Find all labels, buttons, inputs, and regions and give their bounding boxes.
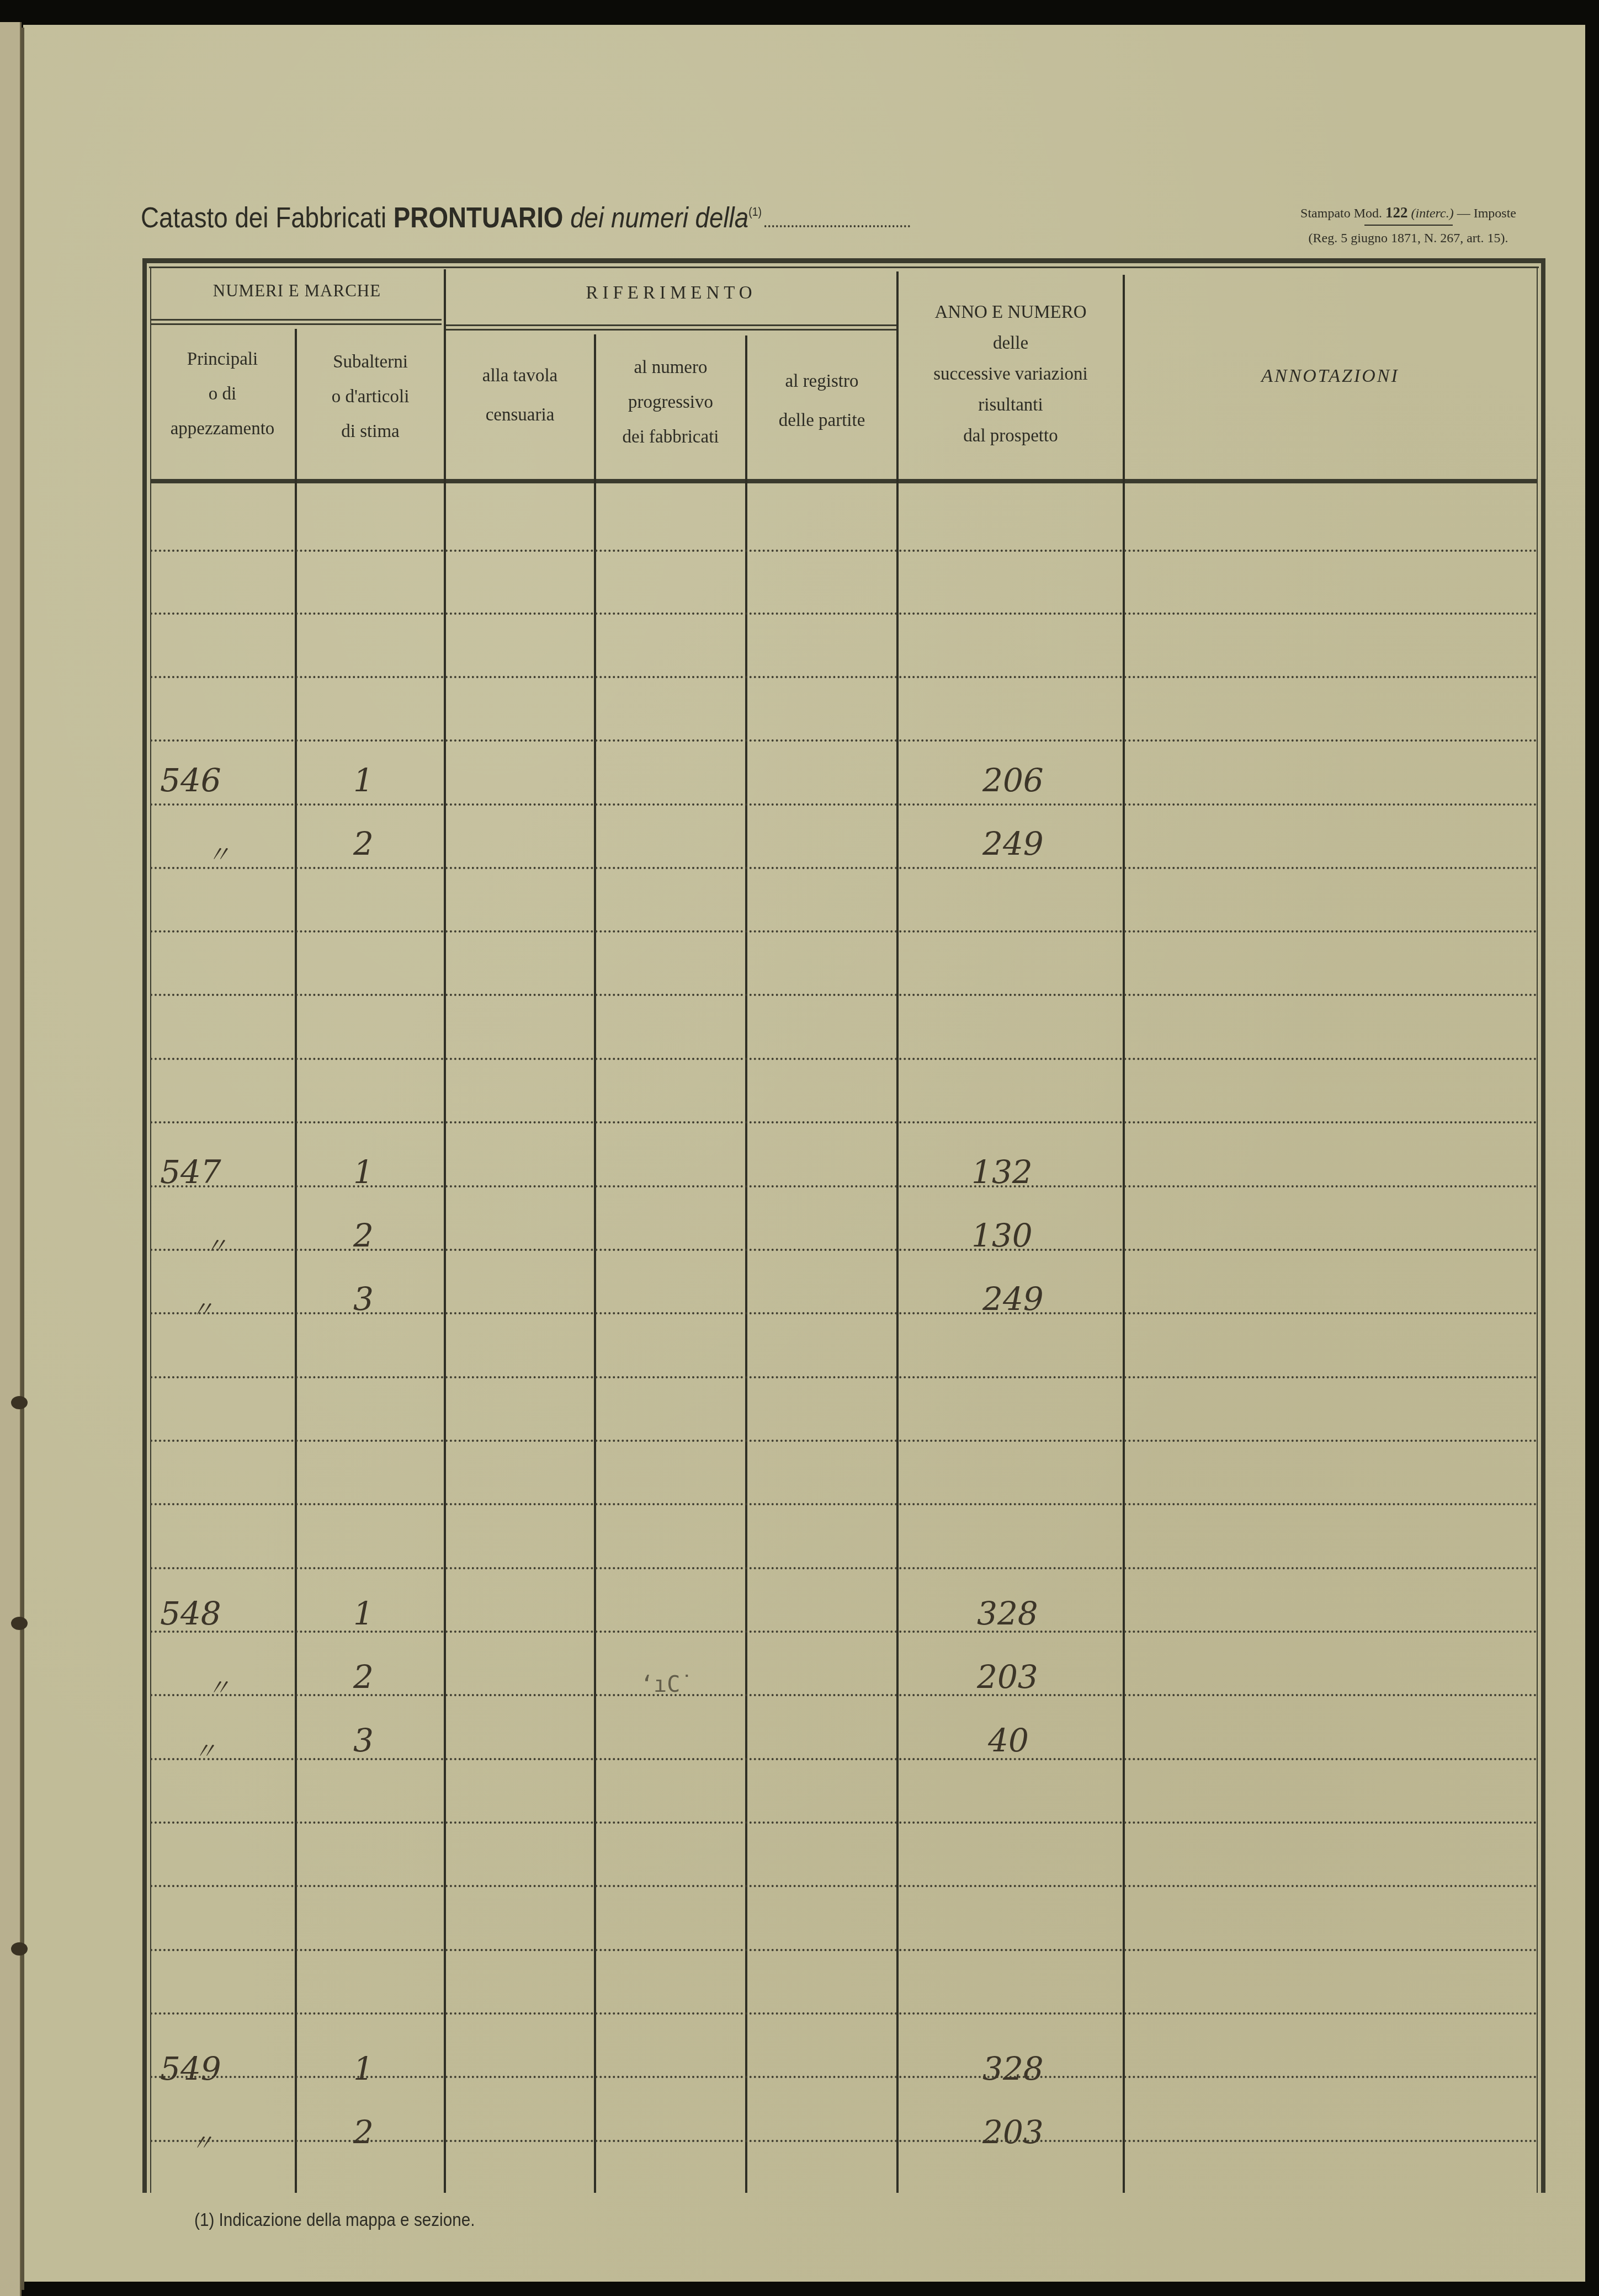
form-variant: (interc.) bbox=[1411, 206, 1454, 221]
header-bottom-rule bbox=[150, 479, 1538, 483]
header-tavola-censuaria: alla tavola censuaria bbox=[446, 363, 594, 428]
column-divider bbox=[896, 271, 899, 2193]
entry-principale: 548 bbox=[160, 1597, 221, 1629]
row-rule bbox=[150, 550, 1538, 552]
header-numeri-e-marche: NUMERI E MARCHE bbox=[150, 278, 444, 303]
row-rule bbox=[150, 930, 1538, 933]
entry-principale-ditto: 〃 bbox=[190, 1294, 214, 1326]
table-border-top bbox=[142, 258, 1545, 263]
header-line: di stima bbox=[297, 419, 444, 445]
title-prefix: Catasto dei Fabbricati bbox=[141, 202, 386, 234]
binding-hole bbox=[11, 1942, 28, 1956]
form-department: — Imposte bbox=[1457, 206, 1516, 221]
entry-subalterno: 3 bbox=[353, 1283, 374, 1315]
entry-subalterno: 3 bbox=[353, 1724, 374, 1756]
row-rule bbox=[150, 1821, 1538, 1824]
fill-in-blank bbox=[764, 225, 910, 227]
header-rule bbox=[446, 324, 897, 326]
header-line: progressivo bbox=[596, 390, 745, 415]
header-numero-progressivo: al numero progressivo dei fabbricati bbox=[596, 355, 745, 450]
entry-principale-ditto: 〃 bbox=[207, 1672, 230, 1704]
entry-variazione: 132 bbox=[971, 1156, 1033, 1188]
header-registro-partite: al registro delle partite bbox=[747, 369, 896, 434]
header-line: dei fabbricati bbox=[596, 424, 745, 450]
column-divider bbox=[295, 329, 297, 2193]
header-anno-e-numero: ANNO E NUMERO delle successive variazion… bbox=[899, 300, 1123, 449]
header-subalterni: Subalterni o d'articoli di stima bbox=[297, 349, 444, 445]
header-principali: Principali o di appezzamento bbox=[150, 347, 295, 442]
entry-subalterno: 1 bbox=[353, 1597, 374, 1629]
entry-subalterno: 2 bbox=[353, 1661, 374, 1693]
header-line: delle bbox=[899, 331, 1123, 356]
row-rule bbox=[150, 1440, 1538, 1442]
row-rule bbox=[150, 612, 1538, 615]
table-border-left-inner bbox=[150, 267, 151, 2193]
table-border-top-inner bbox=[149, 267, 1539, 268]
divider bbox=[1364, 225, 1453, 226]
header-line: dal prospetto bbox=[899, 423, 1123, 449]
entry-subalterno: 2 bbox=[353, 828, 374, 860]
title-italic: dei numeri della bbox=[570, 202, 748, 234]
row-rule bbox=[150, 1567, 1538, 1569]
entry-variazione: 249 bbox=[982, 828, 1044, 860]
header-rule bbox=[150, 323, 442, 325]
entry-principale: 549 bbox=[160, 2053, 221, 2085]
row-rule bbox=[150, 739, 1538, 742]
footnote-ref: (1) bbox=[748, 205, 762, 219]
entry-principale-ditto: 〃 bbox=[190, 2127, 214, 2159]
row-rule bbox=[150, 867, 1538, 869]
header-line: censuaria bbox=[446, 402, 594, 428]
header-line: o d'articoli bbox=[297, 384, 444, 410]
entry-subalterno: 2 bbox=[353, 1219, 374, 1251]
header-riferimento: RIFERIMENTO bbox=[446, 280, 896, 306]
header-line: Subalterni bbox=[297, 349, 444, 375]
entry-variazione: 249 bbox=[982, 1283, 1044, 1315]
header-line: delle partite bbox=[747, 408, 896, 434]
header-line: o di bbox=[150, 381, 295, 407]
header-line: al numero bbox=[596, 355, 745, 381]
header-annotazioni: ANNOTAZIONI bbox=[1125, 363, 1536, 389]
row-rule bbox=[150, 2012, 1538, 2015]
entry-principale-ditto: 〃 bbox=[193, 1735, 216, 1767]
column-divider bbox=[444, 269, 446, 2193]
page-title: Catasto dei Fabbricati PRONTUARIO dei nu… bbox=[141, 201, 910, 235]
title-bold: PRONTUARIO bbox=[394, 202, 564, 234]
entry-principale: 547 bbox=[160, 1156, 221, 1188]
regulation-reference: (Reg. 5 giugno 1871, N. 267, art. 15). bbox=[1300, 231, 1516, 246]
row-rule bbox=[150, 1121, 1538, 1123]
entry-principale: 546 bbox=[160, 764, 221, 796]
row-rule bbox=[150, 1503, 1538, 1505]
binding-hole bbox=[11, 1617, 28, 1630]
header-rule bbox=[446, 329, 897, 331]
header-line: al registro bbox=[747, 369, 896, 395]
form-model-number: 122 bbox=[1385, 204, 1408, 221]
header-line: successive variazioni bbox=[899, 361, 1123, 387]
row-rule bbox=[150, 1885, 1538, 1887]
row-rule bbox=[150, 803, 1538, 806]
footnote: (1) Indicazione della mappa e sezione. bbox=[194, 2209, 475, 2230]
entry-variazione: 328 bbox=[977, 1597, 1038, 1629]
header-line: risultanti bbox=[899, 392, 1123, 418]
entry-variazione: 328 bbox=[982, 2053, 1044, 2085]
entry-variazione: 203 bbox=[982, 2116, 1044, 2148]
entry-variazione: 40 bbox=[988, 1724, 1029, 1756]
table-border-right bbox=[1541, 258, 1545, 2193]
form-model-line: Stampato Mod. 122 (interc.) — Imposte bbox=[1300, 204, 1516, 221]
entry-principale-ditto: 〃 bbox=[204, 1230, 227, 1262]
entry-variazione: 130 bbox=[971, 1219, 1033, 1251]
row-rule bbox=[150, 1949, 1538, 1951]
entry-variazione: 203 bbox=[977, 1661, 1038, 1693]
form-label: Stampato Mod. bbox=[1300, 206, 1382, 221]
header-rule bbox=[150, 319, 442, 321]
entry-subalterno: 1 bbox=[353, 1156, 374, 1188]
table-border-right-inner bbox=[1537, 267, 1538, 2193]
entry-subalterno: 2 bbox=[353, 2116, 374, 2148]
row-rule bbox=[150, 676, 1538, 678]
column-divider bbox=[1123, 275, 1125, 2193]
form-reference: Stampato Mod. 122 (interc.) — Imposte (R… bbox=[1300, 204, 1516, 246]
header-line: ANNO E NUMERO bbox=[899, 300, 1123, 325]
entry-principale-ditto: 〃 bbox=[207, 839, 230, 871]
entry-subalterno: 1 bbox=[353, 764, 374, 796]
entry-subalterno: 1 bbox=[353, 2053, 374, 2085]
header-line: alla tavola bbox=[446, 363, 594, 389]
row-rule bbox=[150, 1376, 1538, 1378]
binding-hole bbox=[11, 1396, 28, 1409]
ink-smudge: ‘ıC˙ bbox=[640, 1672, 693, 1697]
table-border-left bbox=[142, 258, 147, 2193]
header-line: Principali bbox=[150, 347, 295, 372]
entry-variazione: 206 bbox=[982, 764, 1044, 796]
header-line: appezzamento bbox=[150, 416, 295, 442]
row-rule bbox=[150, 1058, 1538, 1060]
row-rule bbox=[150, 994, 1538, 996]
